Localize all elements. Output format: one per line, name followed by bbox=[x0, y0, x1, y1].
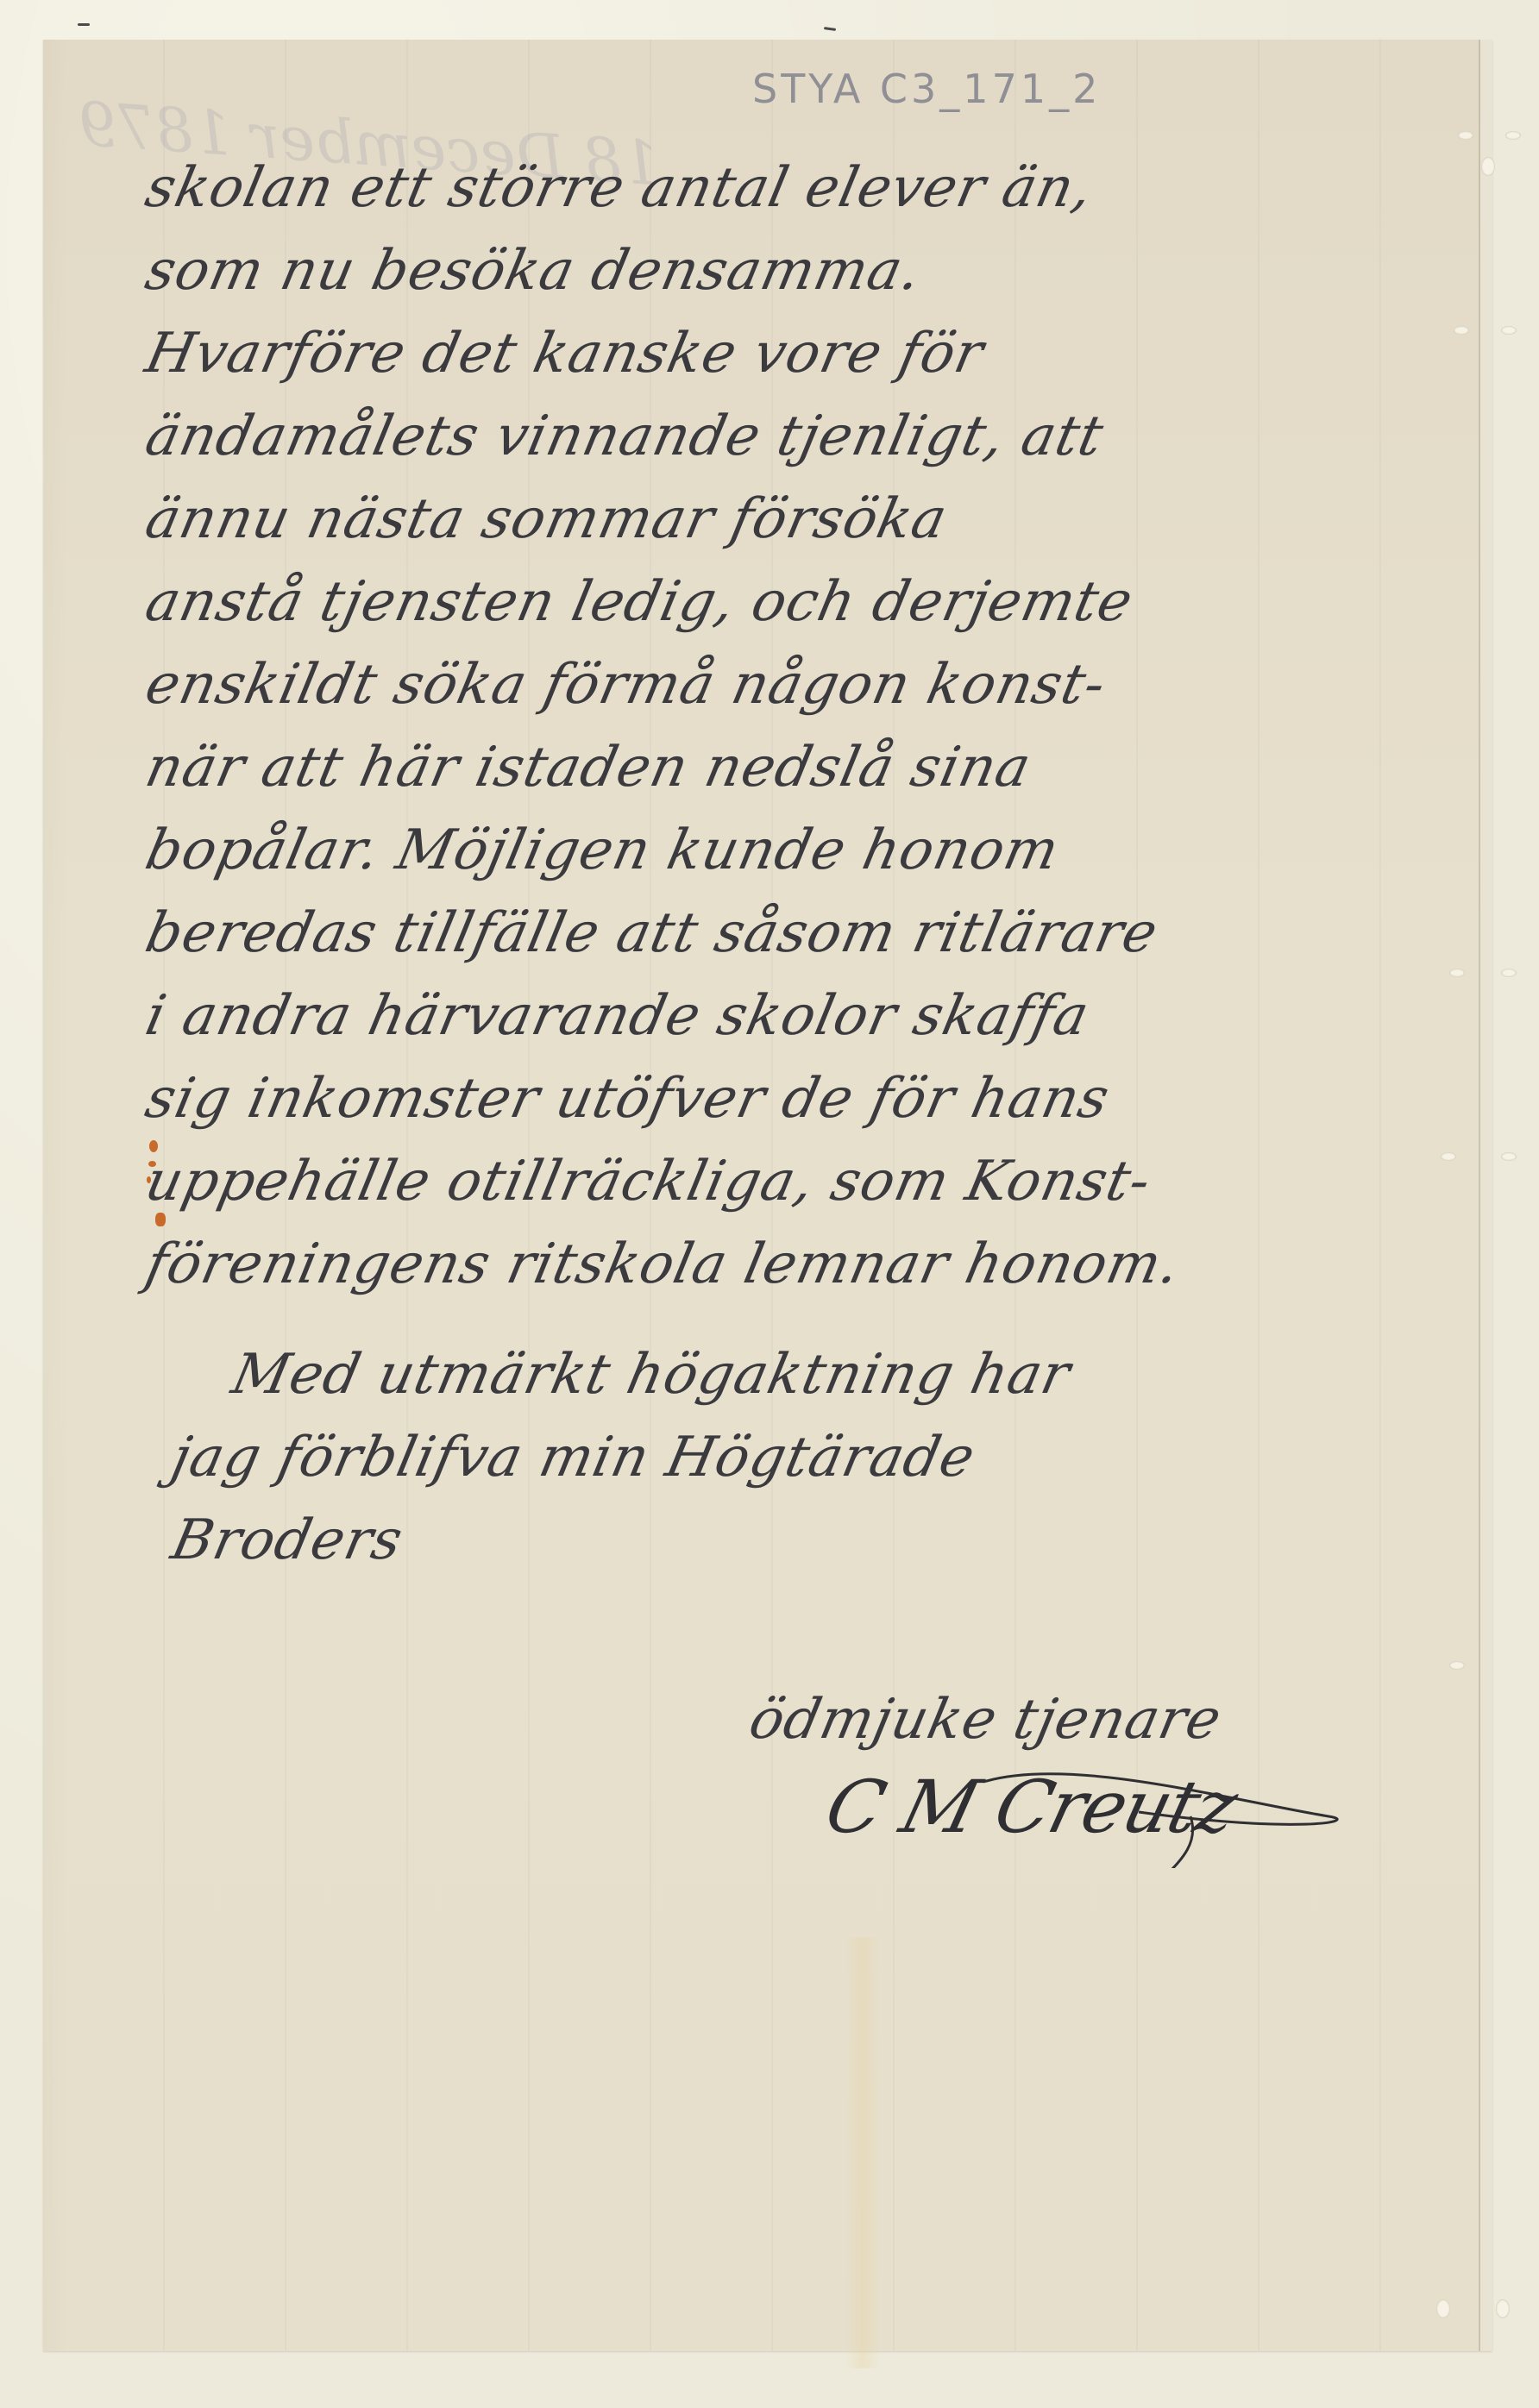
stray-mark bbox=[824, 27, 836, 31]
binding-hole bbox=[1501, 1152, 1517, 1161]
letter-closing: Med utmärkt högaktning har jag förblifva… bbox=[164, 1333, 1458, 1582]
binding-hole bbox=[1496, 2299, 1510, 2318]
binding-hole bbox=[1481, 157, 1495, 176]
closing-line: Broders bbox=[164, 1499, 1475, 1582]
letter-line: när att här istaden nedslå sina bbox=[138, 726, 1467, 809]
closing-line: jag förblifva min Högtärade bbox=[164, 1416, 1475, 1499]
fold-line bbox=[1479, 40, 1480, 2351]
letter-line: skolan ett större antal elever än, bbox=[138, 147, 1467, 229]
letter-line: i andra härvarande skolor skaffa bbox=[138, 975, 1467, 1057]
letter-signoff: ödmjuke tjenare bbox=[742, 1678, 1212, 1761]
binding-hole bbox=[1501, 969, 1517, 977]
stray-mark bbox=[78, 23, 90, 26]
binding-hole bbox=[1436, 2299, 1450, 2318]
archive-shelfmark: STYA C3_171_2 bbox=[752, 66, 1101, 112]
letter-line: sig inkomster utöfver de för hans bbox=[138, 1057, 1467, 1140]
paper-crease bbox=[845, 1937, 880, 2368]
letter-line: beredas tillfälle att såsom ritlärare bbox=[138, 892, 1467, 975]
binding-hole bbox=[1501, 326, 1517, 335]
signature-flourish-icon bbox=[966, 1765, 1398, 1868]
letter-body: skolan ett större antal elever än, som n… bbox=[138, 147, 1449, 1306]
letter-line: föreningens ritskola lemnar honom. bbox=[138, 1223, 1467, 1306]
letter-line: som nu besöka densamma. bbox=[138, 229, 1467, 312]
binding-hole bbox=[1505, 131, 1521, 140]
letter-line: uppehälle otillräckliga, som Konst- bbox=[138, 1140, 1467, 1223]
binding-hole bbox=[1449, 1661, 1465, 1670]
letter-line: enskildt söka förmå någon konst- bbox=[138, 643, 1467, 726]
letter-line: anstå tjensten ledig, och derjemte bbox=[138, 561, 1467, 643]
letter-line: ändamålets vinnande tjenligt, att bbox=[138, 395, 1467, 478]
letter-line: ännu nästa sommar försöka bbox=[138, 478, 1467, 561]
letter-sheet: 18 December 1879 STYA C3_171_2 skolan et… bbox=[43, 40, 1492, 2351]
closing-line: Med utmärkt högaktning har bbox=[164, 1333, 1475, 1416]
binding-hole bbox=[1458, 131, 1473, 140]
letter-line: bopålar. Möjligen kunde honom bbox=[138, 809, 1467, 892]
letter-line: Hvarföre det kanske vore för bbox=[138, 312, 1467, 395]
binding-margin bbox=[1480, 40, 1492, 2351]
signoff-line: ödmjuke tjenare bbox=[742, 1678, 1229, 1761]
